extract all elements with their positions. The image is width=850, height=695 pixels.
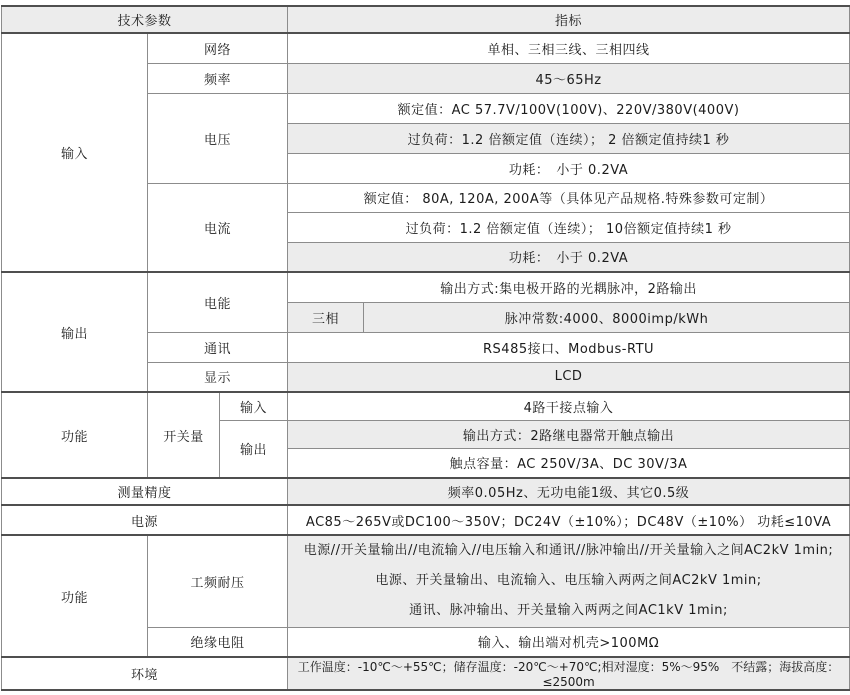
switch-input-label: 输入 — [220, 392, 288, 420]
power-supply-label: 电源 — [2, 505, 288, 535]
tech-spec-table: 技术参数 指标 输入 网络 单相、三相三线、三相四线 频率 45～65Hz 电压… — [1, 5, 850, 691]
display-value: LCD — [288, 362, 850, 392]
current-overload-value: 过负荷：1.2 倍额定值（连续）； 10倍额定值持续1 秒 — [288, 212, 850, 242]
header-row: 技术参数 指标 — [2, 6, 850, 33]
display-label: 显示 — [148, 362, 288, 392]
function-switch-section-label: 功能 — [2, 392, 148, 478]
header-params: 技术参数 — [2, 6, 288, 33]
power-supply-value: AC85～265V或DC100～350V；DC24V（±10%）；DC48V（±… — [288, 505, 850, 535]
input-section-label: 输入 — [2, 33, 148, 272]
frequency-value: 45～65Hz — [288, 63, 850, 93]
row-power-supply: 电源 AC85～265V或DC100～350V；DC24V（±10%）；DC48… — [2, 505, 850, 535]
switch-output-capacity-value: 触点容量：AC 250V/3A、DC 30V/3A — [288, 448, 850, 478]
energy-mode-value: 输出方式:集电极开路的光耦脉冲，2路输出 — [288, 272, 850, 302]
comm-label: 通讯 — [148, 332, 288, 362]
current-power-value: 功耗： 小于 0.2VA — [288, 242, 850, 272]
row-switch-input: 功能 开关量 输入 4路干接点输入 — [2, 392, 850, 420]
row-environment: 环境 工作温度：-10℃～+55℃；储存温度：-20℃～+70℃;相对湿度：5%… — [2, 657, 850, 690]
switch-label: 开关量 — [148, 392, 220, 478]
switch-input-value: 4路干接点输入 — [288, 392, 850, 420]
header-spec: 指标 — [288, 6, 850, 33]
row-accuracy: 测量精度 频率0.05Hz、无功电能1级、其它0.5级 — [2, 478, 850, 505]
row-network: 输入 网络 单相、三相三线、三相四线 — [2, 33, 850, 63]
comm-value: RS485接口、Modbus-RTU — [288, 332, 850, 362]
voltage-power-value: 功耗： 小于 0.2VA — [288, 153, 850, 183]
withstand-line-3: 通讯、脉冲输出、开关量输入两两之间AC1kV 1min; — [291, 596, 846, 626]
withstand-label: 工频耐压 — [148, 535, 288, 627]
network-value: 单相、三相三线、三相四线 — [288, 33, 850, 63]
withstand-line-1: 电源//开关量输出//电流输入//电压输入和通讯//脉冲输出//开关量输入之间A… — [291, 536, 846, 566]
accuracy-label: 测量精度 — [2, 478, 288, 505]
current-rated-value: 额定值： 80A, 120A, 200A等（具体见产品规格.特殊参数可定制） — [288, 183, 850, 212]
output-section-label: 输出 — [2, 272, 148, 392]
function-safety-section-label: 功能 — [2, 535, 148, 657]
environment-value: 工作温度：-10℃～+55℃；储存温度：-20℃～+70℃;相对湿度：5%～95… — [288, 657, 850, 690]
voltage-overload-value: 过负荷：1.2 倍额定值（连续）； 2 倍额定值持续1 秒 — [288, 123, 850, 153]
switch-output-label: 输出 — [220, 420, 288, 478]
frequency-label: 频率 — [148, 63, 288, 93]
insulation-value: 输入、输出端对机壳>100MΩ — [288, 627, 850, 657]
environment-label: 环境 — [2, 657, 288, 690]
row-energy-mode: 输出 电能 输出方式:集电极开路的光耦脉冲，2路输出 — [2, 272, 850, 302]
switch-output-mode-value: 输出方式：2路继电器常开触点输出 — [288, 420, 850, 448]
energy-label: 电能 — [148, 272, 288, 332]
withstand-value: 电源//开关量输出//电流输入//电压输入和通讯//脉冲输出//开关量输入之间A… — [288, 535, 850, 627]
pulse-const-value: 脉冲常数:4000、8000imp/kWh — [364, 302, 850, 332]
voltage-rated-value: 额定值：AC 57.7V/100V(100V)、220V/380V(400V) — [288, 93, 850, 123]
withstand-line-2: 电源、开关量输出、电流输入、电压输入两两之间AC2kV 1min; — [291, 566, 846, 596]
phase-label: 三相 — [288, 302, 364, 332]
current-label: 电流 — [148, 183, 288, 272]
voltage-label: 电压 — [148, 93, 288, 183]
network-label: 网络 — [148, 33, 288, 63]
row-withstand: 功能 工频耐压 电源//开关量输出//电流输入//电压输入和通讯//脉冲输出//… — [2, 535, 850, 627]
insulation-label: 绝缘电阻 — [148, 627, 288, 657]
accuracy-value: 频率0.05Hz、无功电能1级、其它0.5级 — [288, 478, 850, 505]
